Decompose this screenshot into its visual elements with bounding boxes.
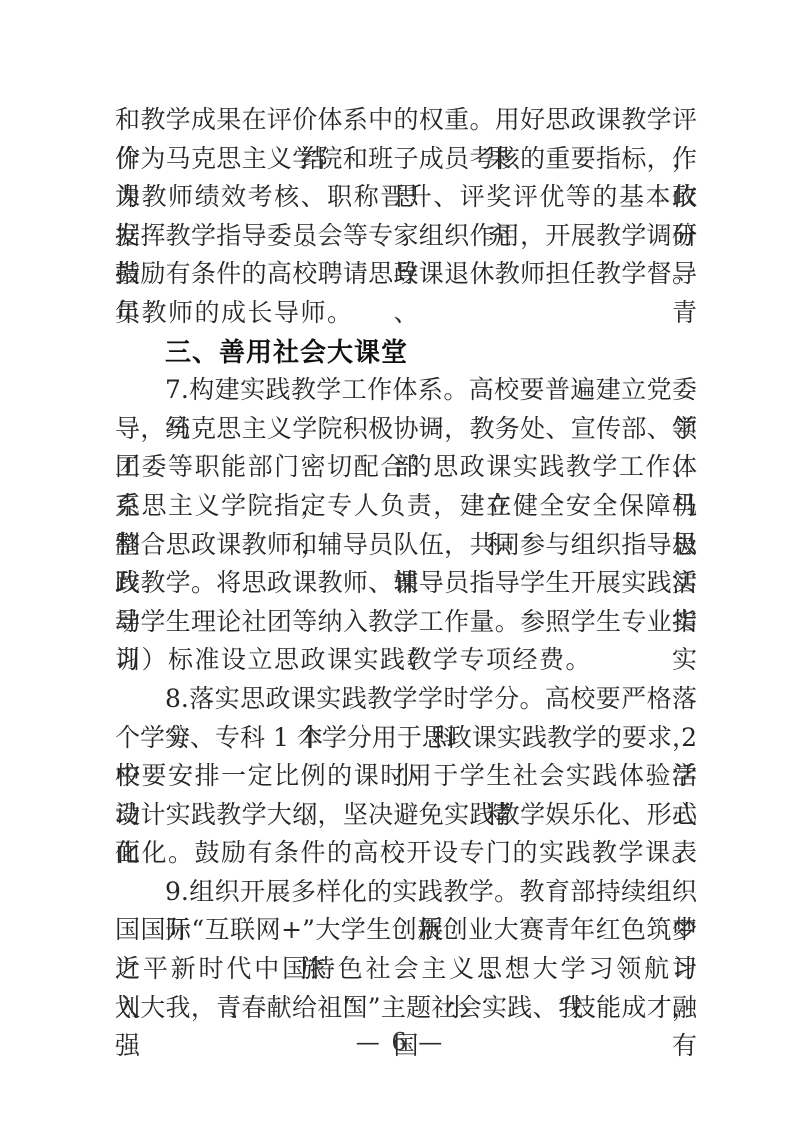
text-line: 设计实践教学大纲，坚决避免实践教学娱乐化、形式化、表 (115, 796, 697, 835)
text-line: 国国际“互联网+”大学生创新创业大赛青年红色筑梦之旅、习 (115, 911, 697, 950)
text-line: 导，马克思主义学院积极协调，教务处、宣传部、学工部、 (115, 410, 697, 449)
section-heading: 三、善用社会大课堂 (115, 333, 697, 372)
text-line: 和教学成果在评价体系中的权重。用好思政课教学评价结果， (115, 101, 697, 140)
text-line: 近平新时代中国特色社会主义思想大学习领航计划、“小我融 (115, 950, 697, 989)
text-line: 课教师绩效考核、职称晋升、评奖评优等的基本依据。充分 (115, 178, 697, 217)
text-line: 7.构建实践教学工作体系。高校要普遍建立党委统一领 (115, 371, 697, 410)
text-line: 校要安排一定比例的课时用于学生社会实践体验活动。精心 (115, 757, 697, 796)
text-line: 发挥教学指导委员会等专家组织作用，开展教学调研指导。 (115, 217, 697, 256)
text-line: 个学分、专科 1 个学分用于思政课实践教学的要求，中小学 (115, 719, 697, 758)
text-line: 入大我，青春献给祖国”主题社会实践、“技能成才，强国有 (115, 989, 697, 1028)
text-line: 鼓励有条件的高校聘请思政课退休教师担任教学督导员、青 (115, 255, 697, 294)
text-line: 践教学。将思政课教师、辅导员指导学生开展实践活动、指 (115, 564, 697, 603)
text-line: 8.落实思政课实践教学学时学分。高校要严格落实本科 2 (115, 680, 697, 719)
text-line: 克思主义学院指定专人负责，建立健全安全保障机制，积极 (115, 487, 697, 526)
page-number: — 6 — (0, 1028, 800, 1056)
text-line: 整合思政课教师和辅导员队伍，共同参与组织指导思政课实 (115, 526, 697, 565)
text-line: 9.组织开展多样化的实践教学。教育部持续组织开展中 (115, 873, 697, 912)
text-line: 作为马克思主义学院和班子成员考核的重要指标，作为思政 (115, 140, 697, 179)
text-line: 导学生理论社团等纳入教学工作量。参照学生专业实训（实 (115, 603, 697, 642)
text-line: 面化。鼓励有条件的高校开设专门的实践教学课。 (115, 834, 697, 873)
document-body: 和教学成果在评价体系中的权重。用好思政课教学评价结果， 作为马克思主义学院和班子… (115, 101, 697, 1027)
text-line: 团委等职能部门密切配合的思政课实践教学工作体系，在马 (115, 448, 697, 487)
document-page: 和教学成果在评价体系中的权重。用好思政课教学评价结果， 作为马克思主义学院和班子… (0, 0, 800, 1131)
